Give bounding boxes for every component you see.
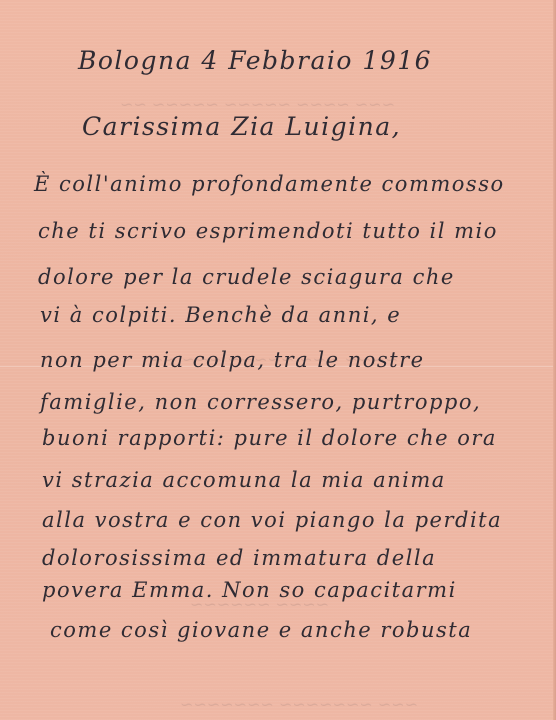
body-line: non per mia colpa, tra le nostre [40, 348, 425, 372]
body-line: povera Emma. Non so capacitarmi [42, 578, 457, 602]
body-line: dolorosissima ed immatura della [42, 546, 436, 570]
body-line: buoni rapporti: pure il dolore che ora [42, 426, 497, 450]
body-line: alla vostra e con voi piango la perdita [42, 508, 502, 532]
body-line: vi à colpiti. Benchè da anni, e [40, 303, 401, 327]
letter-page: ~~~ ~~~~ ~~~~~ ~~~~~ ~~ ~~~~ ~~~ ~~~~~ ~… [0, 0, 556, 720]
salutation: Carissima Zia Luigina, [82, 112, 401, 141]
body-line: famiglie, non corressero, purtroppo, [40, 390, 481, 414]
body-line: vi strazia accomuna la mia anima [42, 468, 446, 492]
body-line: come così giovane e anche robusta [50, 618, 472, 642]
show-through-text: ~~~ ~~~~~~~ ~~~~~~~ [180, 695, 418, 714]
body-line: È coll'animo profondamente commosso [34, 172, 505, 196]
body-line: dolore per la crudele sciagura che [38, 265, 455, 289]
body-line: che ti scrivo esprimendoti tutto il mio [38, 219, 498, 243]
date-line: Bologna 4 Febbraio 1916 [78, 46, 432, 75]
